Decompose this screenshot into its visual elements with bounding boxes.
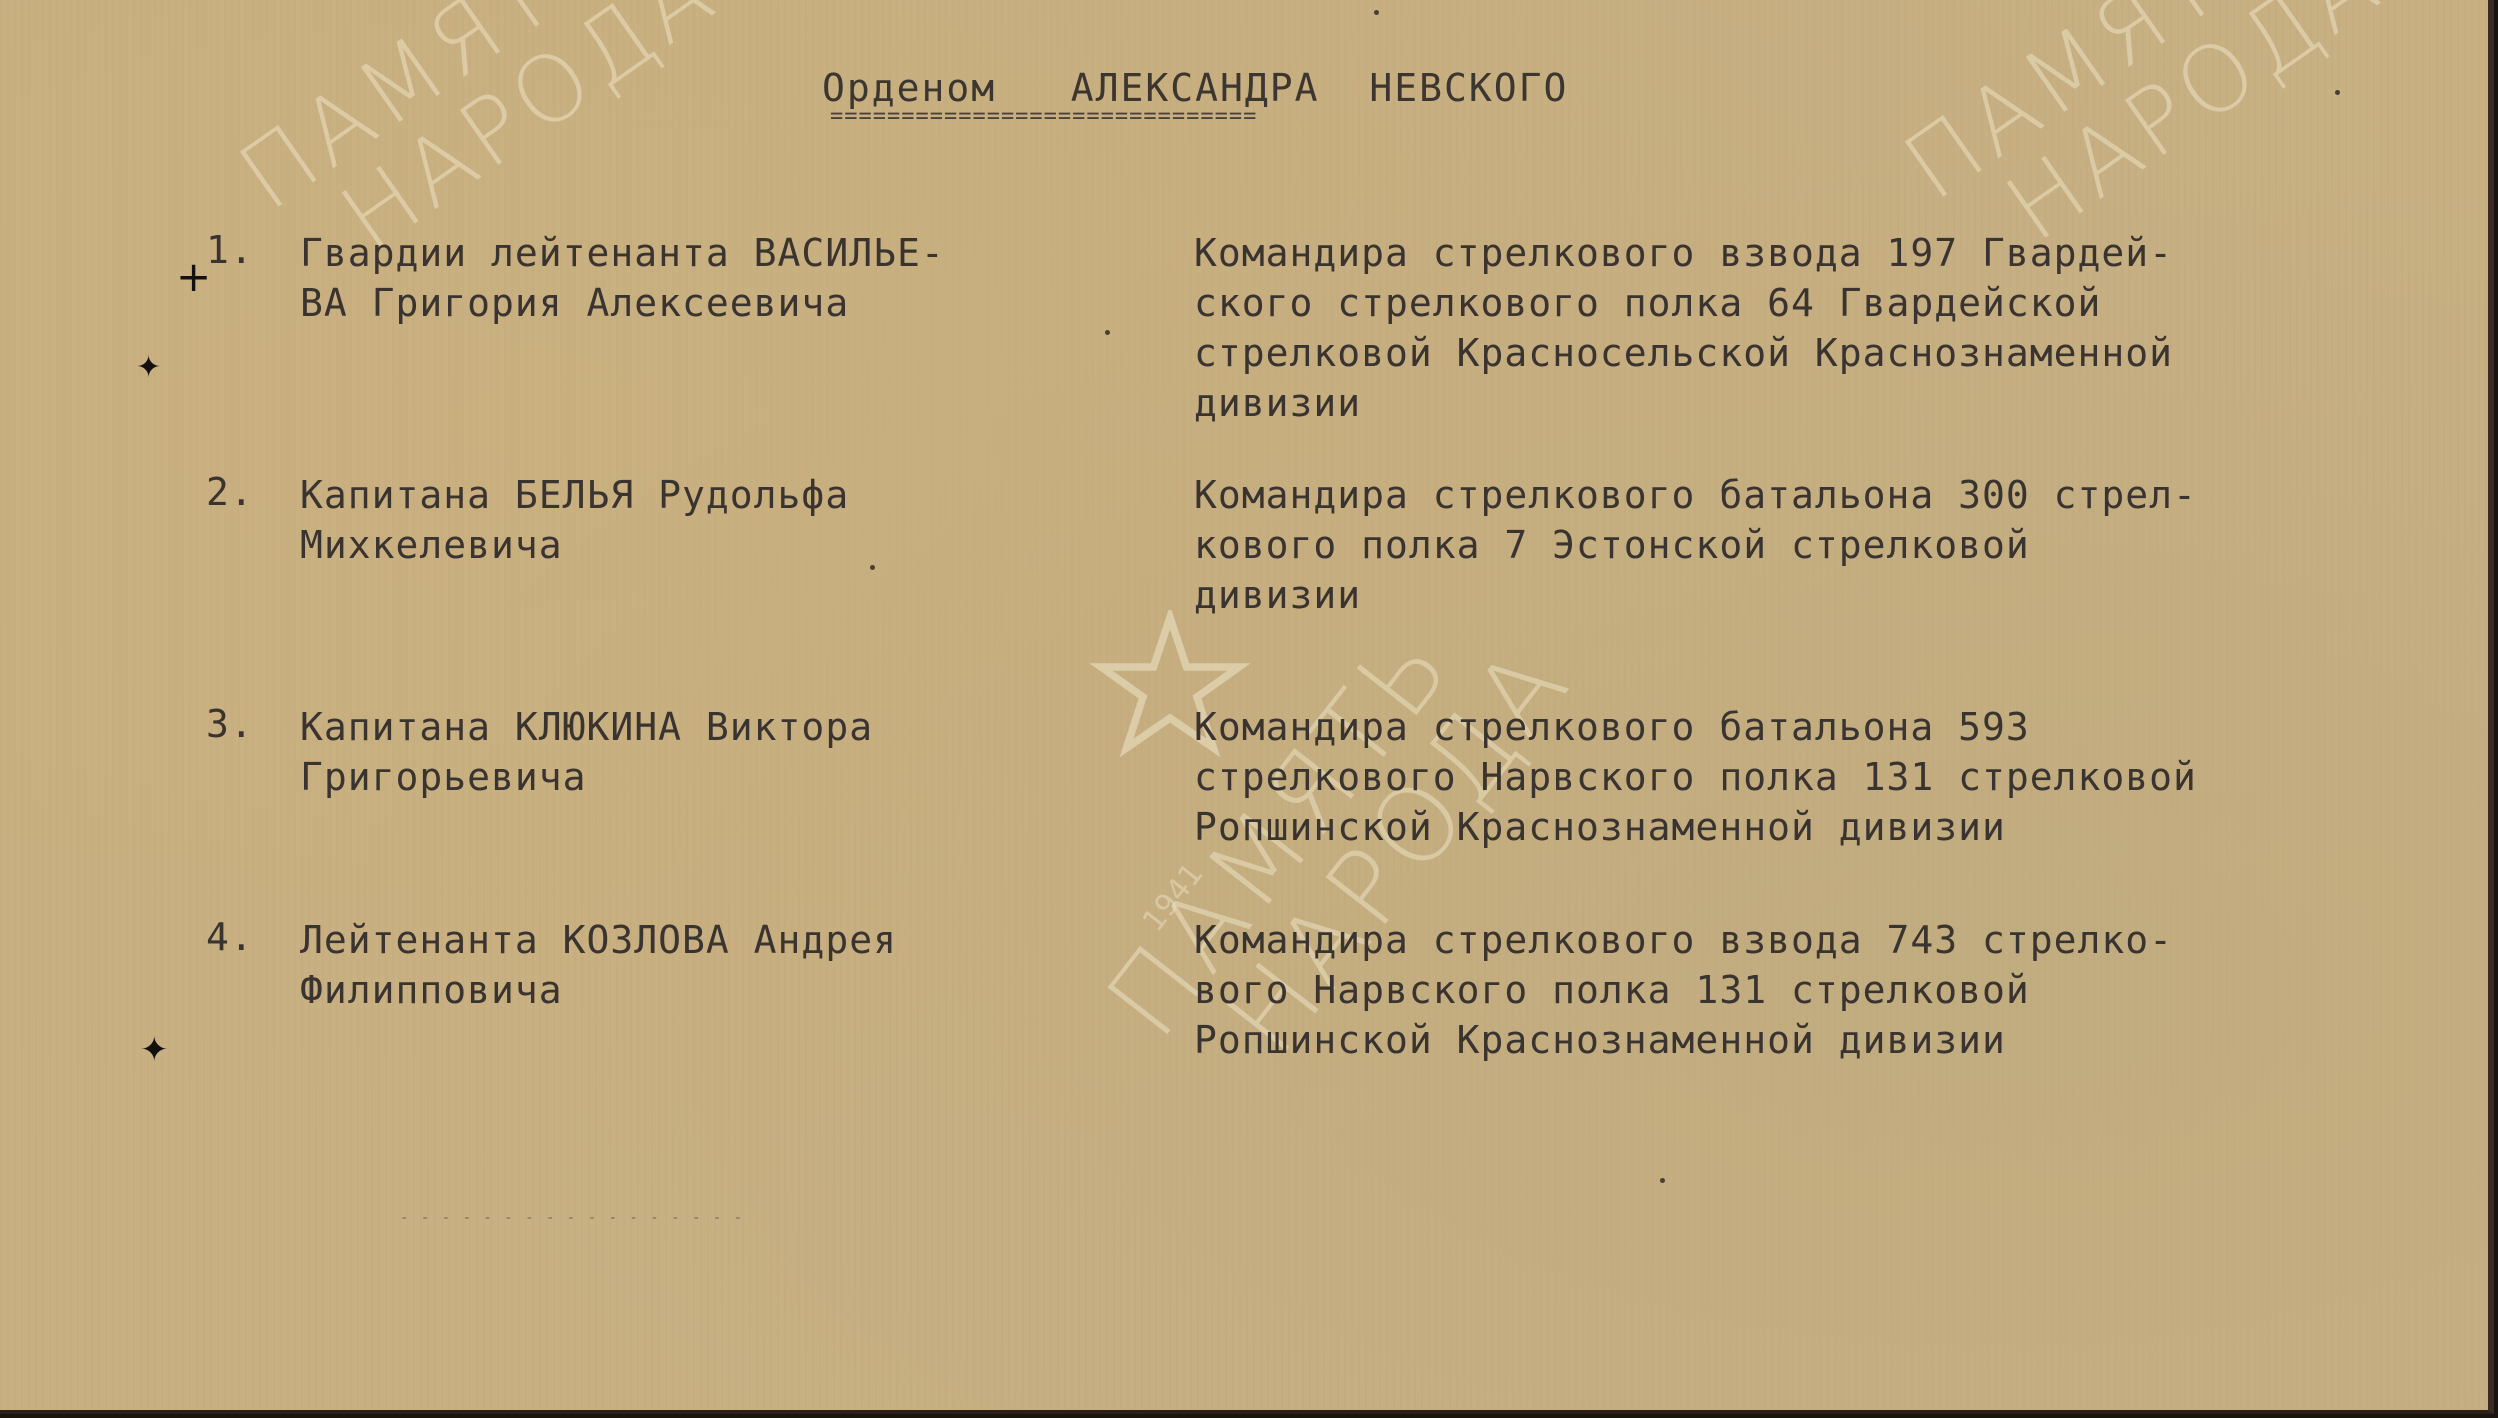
entry-role: Командира стрелкового взвода 743 стрелко… [1194, 915, 2484, 1065]
paper-speck [1105, 330, 1110, 335]
entry-number: 2. [206, 470, 254, 514]
ink-blot-icon: ✦ [136, 350, 161, 385]
role-line: Ропшинской Краснознаменной дивизии [1194, 802, 2484, 852]
role-line: кового полка 7 Эстонской стрелковой [1194, 520, 2484, 570]
pencil-check-mark-icon: + [176, 252, 211, 301]
role-line: дивизии [1194, 570, 2484, 620]
role-line: Командира стрелкового взвода 743 стрелко… [1194, 915, 2484, 965]
watermark-line-1: ПАМЯТЬ [225, 0, 679, 225]
name-line: Гвардии лейтенанта ВАСИЛЬЕ- [300, 228, 1160, 278]
name-line: Капитана БЕЛЬЯ Рудольфа [300, 470, 1160, 520]
role-line: дивизии [1194, 378, 2484, 428]
role-line: ского стрелкового полка 64 Гвардейской [1194, 278, 2484, 328]
role-line: Командира стрелкового взвода 197 Гвардей… [1194, 228, 2484, 278]
name-line: Капитана КЛЮКИНА Виктора [300, 702, 1160, 752]
name-line: Филипповича [300, 965, 1160, 1015]
name-line: Григорьевича [300, 752, 1160, 802]
entry-number: 1. [206, 228, 254, 272]
paper-speck [2335, 90, 2340, 95]
role-line: стрелкового Нарвского полка 131 стрелков… [1194, 752, 2484, 802]
role-line: стрелковой Красносельской Краснознаменно… [1194, 328, 2484, 378]
entry-name: Лейтенанта КОЗЛОВА Андрея Филипповича [300, 915, 1160, 1015]
watermark-line-1: ПАМЯТЬ [1890, 0, 2344, 215]
name-line: ВА Григория Алексеевича [300, 278, 1160, 328]
name-line: Михкелевича [300, 520, 1160, 570]
watermark-line-2: НАРОДА [1992, 0, 2397, 256]
entry-name: Гвардии лейтенанта ВАСИЛЬЕ- ВА Григория … [300, 228, 1160, 328]
entry-name: Капитана КЛЮКИНА Виктора Григорьевича [300, 702, 1160, 802]
archival-document-page: ПАМЯТЬ НАРОДА ПАМЯТЬ НАРОДА 1941 ПАМЯТЬ … [0, 0, 2494, 1414]
role-line: Командира стрелкового батальона 300 стре… [1194, 470, 2484, 520]
role-line: Ропшинской Краснознаменной дивизии [1194, 1015, 2484, 1065]
ink-blot-icon: ✦ [140, 1030, 169, 1070]
entry-name: Капитана БЕЛЬЯ Рудольфа Михкелевича [300, 470, 1160, 570]
role-line: Командира стрелкового батальона 593 [1194, 702, 2484, 752]
paper-speck [1374, 10, 1379, 15]
watermark-line-2: НАРОДА [327, 0, 732, 266]
role-line: вого Нарвского полка 131 стрелковой [1194, 965, 2484, 1015]
name-line: Лейтенанта КОЗЛОВА Андрея [300, 915, 1160, 965]
faint-typed-line: - - - - - - - - - - - - - - - - - [400, 1210, 744, 1226]
entry-role: Командира стрелкового батальона 300 стре… [1194, 470, 2484, 620]
entry-number: 4. [206, 915, 254, 959]
entry-role: Командира стрелкового батальона 593 стре… [1194, 702, 2484, 852]
paper-speck [870, 565, 875, 570]
entry-number: 3. [206, 702, 254, 746]
heading-underline: ============================== [830, 112, 1257, 122]
entry-role: Командира стрелкового взвода 197 Гвардей… [1194, 228, 2484, 428]
paper-speck [1660, 1178, 1665, 1183]
